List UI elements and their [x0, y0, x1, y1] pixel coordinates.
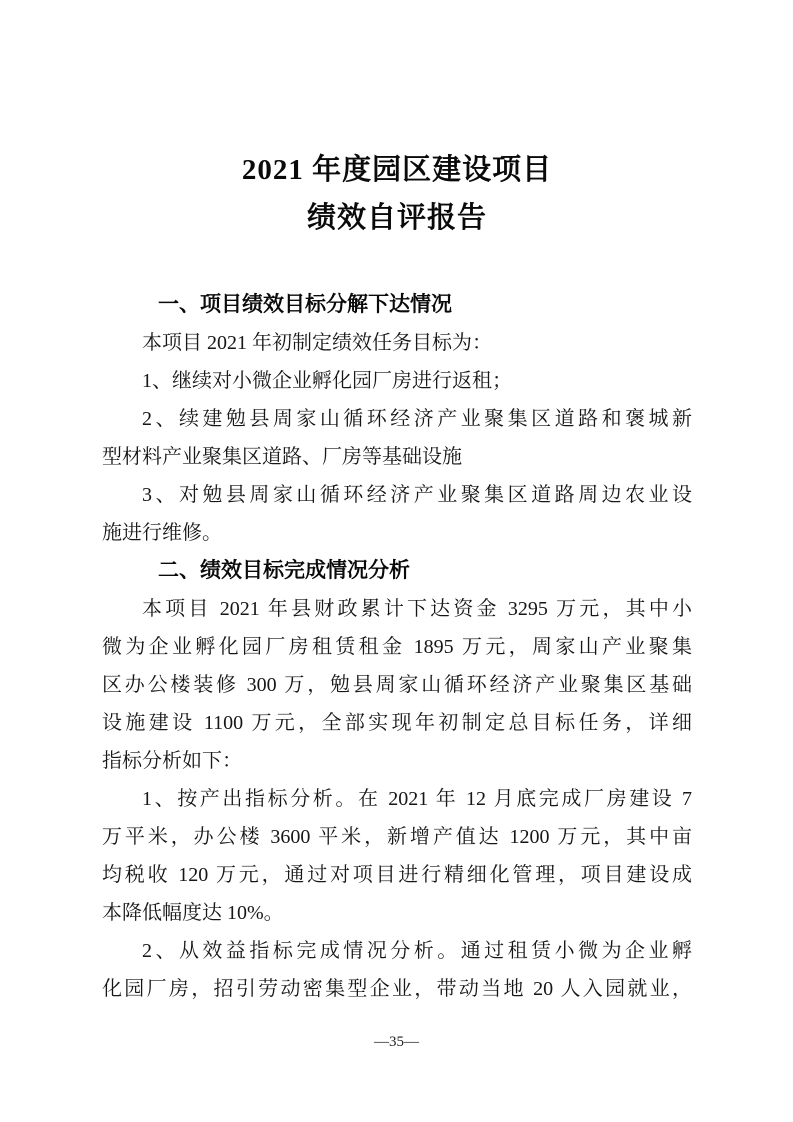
body-line: 万平米，办公楼 3600 平米，新增产值达 1200 万元，其中亩 — [102, 818, 692, 856]
body-line: 施进行维修。 — [102, 514, 692, 552]
document-title-line-1: 2021 年度园区建设项目 — [102, 146, 692, 194]
body-line: 均税收 120 万元，通过对项目进行精细化管理，项目建设成 — [102, 856, 692, 894]
section-heading-2: 二、绩效目标完成情况分析 — [102, 552, 692, 590]
body-line: 本项目 2021 年县财政累计下达资金 3295 万元，其中小 — [102, 590, 692, 628]
document-title: 2021 年度园区建设项目 绩效自评报告 — [102, 146, 692, 242]
document-content: 2021 年度园区建设项目 绩效自评报告 一、项目绩效目标分解下达情况 本项目 … — [102, 146, 692, 1008]
body-line: 2、续建勉县周家山循环经济产业聚集区道路和褒城新 — [102, 400, 692, 438]
body-line: 1、继续对小微企业孵化园厂房进行返租； — [102, 362, 692, 400]
paragraph: 本项目 2021 年县财政累计下达资金 3295 万元，其中小 微为企业孵化园厂… — [102, 590, 692, 780]
body-line: 区办公楼装修 300 万，勉县周家山循环经济产业聚集区基础 — [102, 666, 692, 704]
body-line: 2、从效益指标完成情况分析。通过租赁小微为企业孵 — [102, 932, 692, 970]
body-line: 3、对勉县周家山循环经济产业聚集区道路周边农业设 — [102, 476, 692, 514]
body-line: 化园厂房，招引劳动密集型企业，带动当地 20 人入园就业， — [102, 970, 692, 1008]
body-line: 本降低幅度达 10%。 — [102, 894, 692, 932]
body-line: 型材料产业聚集区道路、厂房等基础设施 — [102, 438, 692, 476]
paragraph: 1、按产出指标分析。在 2021 年 12 月底完成厂房建设 7 万平米，办公楼… — [102, 780, 692, 932]
document-page: 2021 年度园区建设项目 绩效自评报告 一、项目绩效目标分解下达情况 本项目 … — [0, 0, 793, 1122]
paragraph: 2、从效益指标完成情况分析。通过租赁小微为企业孵 化园厂房，招引劳动密集型企业，… — [102, 932, 692, 1008]
document-title-line-2: 绩效自评报告 — [102, 194, 692, 242]
paragraph: 3、对勉县周家山循环经济产业聚集区道路周边农业设 施进行维修。 — [102, 476, 692, 552]
page-number: —35— — [0, 1034, 793, 1051]
body-line: 指标分析如下： — [102, 742, 692, 780]
body-line: 设施建设 1100 万元，全部实现年初制定总目标任务，详细 — [102, 704, 692, 742]
body-line: 1、按产出指标分析。在 2021 年 12 月底完成厂房建设 7 — [102, 780, 692, 818]
body-line: 微为企业孵化园厂房租赁租金 1895 万元，周家山产业聚集 — [102, 628, 692, 666]
section-heading-1: 一、项目绩效目标分解下达情况 — [102, 286, 692, 324]
paragraph: 本项目 2021 年初制定绩效任务目标为： — [102, 324, 692, 362]
body-line: 本项目 2021 年初制定绩效任务目标为： — [102, 324, 692, 362]
paragraph: 2、续建勉县周家山循环经济产业聚集区道路和褒城新 型材料产业聚集区道路、厂房等基… — [102, 400, 692, 476]
paragraph: 1、继续对小微企业孵化园厂房进行返租； — [102, 362, 692, 400]
